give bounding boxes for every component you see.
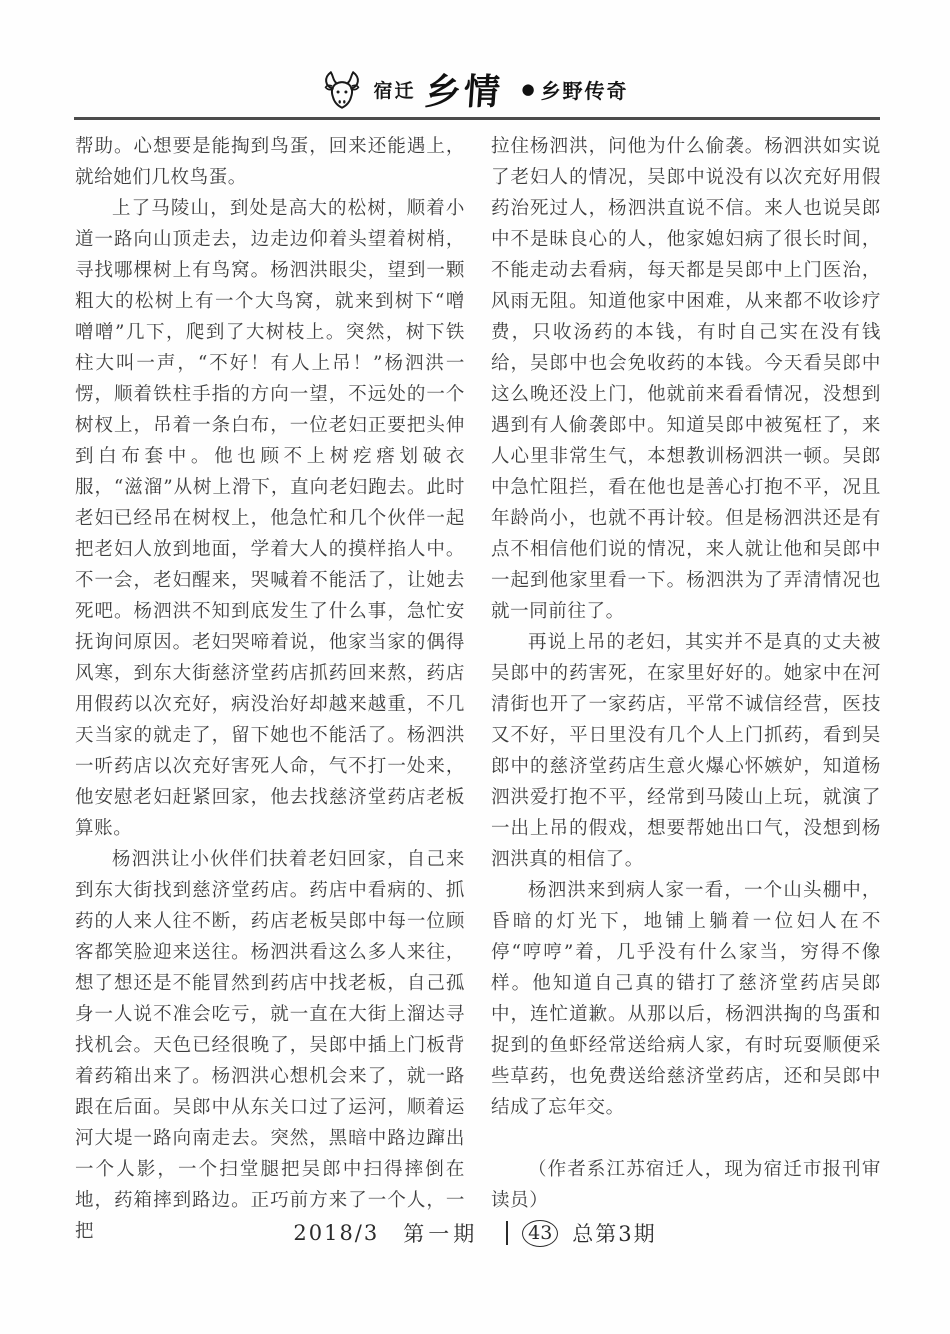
bullet-icon: ● (521, 82, 534, 97)
article-paragraph: 拉住杨泗洪，问他为什么偷袭。杨泗洪如实说了老妇人的情况，吴郎中说没有以次充好用假… (491, 131, 881, 627)
magazine-name-label: 乡情 (424, 64, 506, 115)
header-divider (74, 117, 880, 120)
magazine-region-label: 宿迁 (373, 76, 415, 103)
article-body: 帮助。心想要是能掏到鸟蛋，回来还能遇上，就给她们几枚鸟蛋。 上了马陵山，到处是高… (75, 131, 881, 1247)
article-paragraph: 上了马陵山，到处是高大的松树，顺着小道一路向山顶走去，边走边仰着头望着树梢，寻找… (75, 193, 465, 844)
article-paragraph: 再说上吊的老妇，其实并不是真的丈夫被吴郎中的药害死，在家里好好的。她家中在河清街… (491, 627, 881, 875)
article-paragraph: 杨泗洪让小伙伴们扶着老妇回家，自己来到东大街找到慈济堂药店。药店中看病的、抓药的… (75, 844, 465, 1247)
page-number-badge: 43 (522, 1220, 558, 1247)
author-note: （作者系江苏宿迁人，现为宿迁市报刊审读员） (491, 1154, 881, 1216)
section-group: ● 乡野传奇 (521, 75, 628, 104)
page-footer: 2018/3 第一期 43 总第3期 (0, 1218, 950, 1248)
article-paragraph: 帮助。心想要是能掏到鸟蛋，回来还能遇上，就给她们几枚鸟蛋。 (75, 131, 465, 193)
section-name-label: 乡野传奇 (541, 75, 629, 104)
volume-label: 总第3期 (572, 1218, 656, 1248)
issue-date: 2018/3 (293, 1221, 379, 1245)
page-header: 宿迁 乡情 ● 乡野传奇 (0, 64, 950, 115)
article-paragraph: 杨泗洪来到病人家一看，一个山头棚中，昏暗的灯光下，地铺上躺着一位妇人在不停“哼哼… (491, 875, 881, 1123)
issue-number: 第一期 (403, 1218, 478, 1248)
ox-icon (321, 68, 363, 112)
left-column: 帮助。心想要是能掏到鸟蛋，回来还能遇上，就给她们几枚鸟蛋。 上了马陵山，到处是高… (75, 131, 465, 1247)
right-column: 拉住杨泗洪，问他为什么偷袭。杨泗洪如实说了老妇人的情况，吴郎中说没有以次充好用假… (491, 131, 881, 1247)
footer-divider (506, 1221, 508, 1245)
